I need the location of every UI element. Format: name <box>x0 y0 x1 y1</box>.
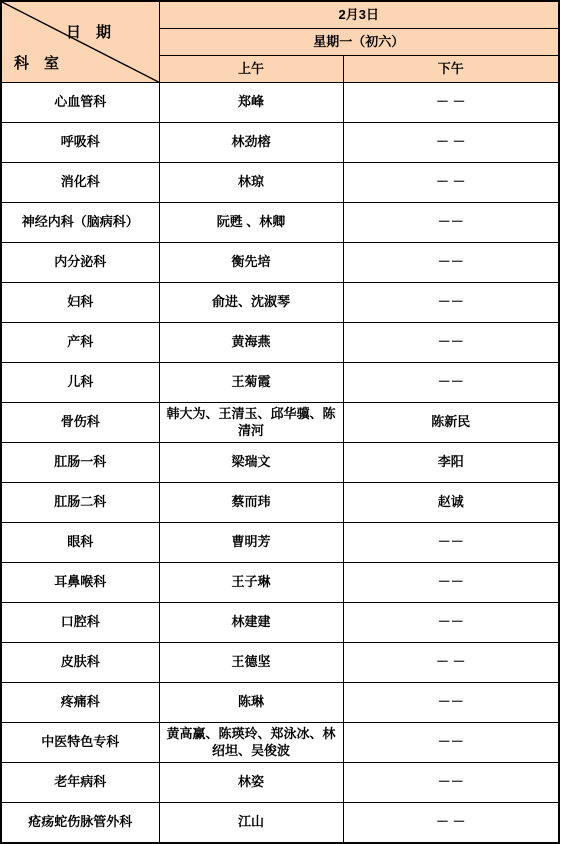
morning-cell: 黄高赢、陈瑛玲、郑泳冰、林绍坦、吴俊波 <box>159 723 343 763</box>
department-cell: 呼吸科 <box>1 123 159 163</box>
department-cell: 疮疡蛇伤脉管外科 <box>1 803 159 843</box>
header-afternoon: 下午 <box>343 56 559 83</box>
afternoon-cell: －－ <box>343 603 559 643</box>
table-row: 内分泌科衡先培－－ <box>1 243 559 283</box>
afternoon-cell: － － <box>343 123 559 163</box>
department-cell: 骨伤科 <box>1 403 159 443</box>
duty-schedule-table: 日 期 科 室 2月3日 星期一（初六） 上午 下午 心血管科郑峰－ －呼吸科林… <box>0 0 560 844</box>
department-cell: 妇科 <box>1 283 159 323</box>
afternoon-cell: －－ <box>343 203 559 243</box>
morning-cell: 陈琳 <box>159 683 343 723</box>
afternoon-cell: －－ <box>343 363 559 403</box>
table-row: 中医特色专科黄高赢、陈瑛玲、郑泳冰、林绍坦、吴俊波－－ <box>1 723 559 763</box>
table-row: 心血管科郑峰－ － <box>1 83 559 123</box>
morning-cell: 黄海燕 <box>159 323 343 363</box>
afternoon-cell: －－ <box>343 563 559 603</box>
header-weekday: 星期一（初六） <box>159 29 559 56</box>
morning-cell: 韩大为、王清玉、邱华骥、陈清河 <box>159 403 343 443</box>
morning-cell: 衡先培 <box>159 243 343 283</box>
corner-department-label: 科 室 <box>14 55 59 74</box>
department-cell: 心血管科 <box>1 83 159 123</box>
afternoon-cell: －－ <box>343 283 559 323</box>
table-row: 皮肤科王德坚－ － <box>1 643 559 683</box>
table-row: 肛肠二科蔡而玮赵诚 <box>1 483 559 523</box>
department-cell: 消化科 <box>1 163 159 203</box>
afternoon-cell: － － <box>343 163 559 203</box>
department-cell: 中医特色专科 <box>1 723 159 763</box>
afternoon-cell: 陈新民 <box>343 403 559 443</box>
afternoon-cell: － － <box>343 803 559 843</box>
department-cell: 儿科 <box>1 363 159 403</box>
morning-cell: 蔡而玮 <box>159 483 343 523</box>
table-row: 口腔科林建建－－ <box>1 603 559 643</box>
morning-cell: 林建建 <box>159 603 343 643</box>
table-row: 儿科王菊霞－－ <box>1 363 559 403</box>
morning-cell: 王德坚 <box>159 643 343 683</box>
afternoon-cell: －－ <box>343 523 559 563</box>
header-date: 2月3日 <box>159 1 559 29</box>
header-morning: 上午 <box>159 56 343 83</box>
morning-cell: 俞进、沈淑琴 <box>159 283 343 323</box>
afternoon-cell: － － <box>343 83 559 123</box>
table-row: 神经内科（脑病科）阮甦 、林卿－－ <box>1 203 559 243</box>
department-cell: 肛肠一科 <box>1 443 159 483</box>
morning-cell: 林姿 <box>159 763 343 803</box>
morning-cell: 江山 <box>159 803 343 843</box>
table-row: 眼科曹明芳－－ <box>1 523 559 563</box>
corner-date-label: 日 期 <box>66 24 111 43</box>
department-cell: 口腔科 <box>1 603 159 643</box>
table-row: 老年病科林姿－－ <box>1 763 559 803</box>
afternoon-cell: 李阳 <box>343 443 559 483</box>
afternoon-cell: －－ <box>343 683 559 723</box>
table-row: 妇科俞进、沈淑琴－－ <box>1 283 559 323</box>
table-row: 疼痛科陈琳－－ <box>1 683 559 723</box>
morning-cell: 王菊霞 <box>159 363 343 403</box>
schedule-body: 心血管科郑峰－ －呼吸科林劲榕－ －消化科林琼－ －神经内科（脑病科）阮甦 、林… <box>1 83 559 843</box>
morning-cell: 郑峰 <box>159 83 343 123</box>
afternoon-cell: 赵诚 <box>343 483 559 523</box>
morning-cell: 林琼 <box>159 163 343 203</box>
table-row: 产科黄海燕－－ <box>1 323 559 363</box>
table-row: 耳鼻喉科王子琳－－ <box>1 563 559 603</box>
afternoon-cell: －－ <box>343 323 559 363</box>
table-row: 呼吸科林劲榕－ － <box>1 123 559 163</box>
department-cell: 耳鼻喉科 <box>1 563 159 603</box>
department-cell: 老年病科 <box>1 763 159 803</box>
department-cell: 肛肠二科 <box>1 483 159 523</box>
table-row: 骨伤科韩大为、王清玉、邱华骥、陈清河陈新民 <box>1 403 559 443</box>
morning-cell: 曹明芳 <box>159 523 343 563</box>
morning-cell: 林劲榕 <box>159 123 343 163</box>
afternoon-cell: － － <box>343 643 559 683</box>
department-cell: 眼科 <box>1 523 159 563</box>
afternoon-cell: －－ <box>343 243 559 283</box>
department-cell: 神经内科（脑病科） <box>1 203 159 243</box>
department-cell: 疼痛科 <box>1 683 159 723</box>
afternoon-cell: －－ <box>343 763 559 803</box>
schedule-page: 日 期 科 室 2月3日 星期一（初六） 上午 下午 心血管科郑峰－ －呼吸科林… <box>0 0 562 839</box>
department-cell: 皮肤科 <box>1 643 159 683</box>
department-cell: 内分泌科 <box>1 243 159 283</box>
morning-cell: 阮甦 、林卿 <box>159 203 343 243</box>
table-row: 疮疡蛇伤脉管外科江山－ － <box>1 803 559 843</box>
corner-header-cell: 日 期 科 室 <box>1 1 159 83</box>
table-row: 消化科林琼－ － <box>1 163 559 203</box>
department-cell: 产科 <box>1 323 159 363</box>
morning-cell: 梁瑞文 <box>159 443 343 483</box>
table-row: 肛肠一科梁瑞文李阳 <box>1 443 559 483</box>
table-header: 日 期 科 室 2月3日 星期一（初六） 上午 下午 <box>1 1 559 83</box>
afternoon-cell: －－ <box>343 723 559 763</box>
morning-cell: 王子琳 <box>159 563 343 603</box>
